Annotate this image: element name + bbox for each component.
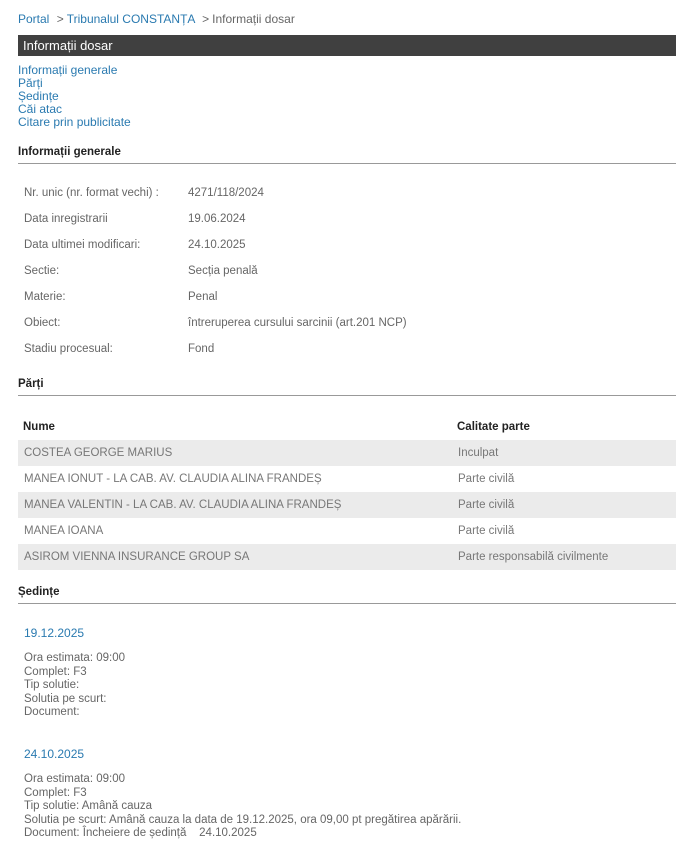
column-header-nume: Nume [18, 414, 452, 440]
breadcrumb-current: Informații dosar [212, 12, 295, 26]
party-role: Parte civilă [452, 492, 676, 518]
info-value: Penal [188, 291, 217, 303]
info-label: Sectie: [24, 265, 188, 277]
sedinta-document: Document: Încheiere de ședință 24.10.202… [24, 827, 461, 841]
table-row: MANEA VALENTIN - LA CAB. AV. CLAUDIA ALI… [18, 492, 676, 518]
info-value: 19.06.2024 [188, 213, 246, 225]
party-name: MANEA IOANA [18, 518, 452, 544]
sedinta-complet: Complet: F3 [24, 787, 461, 801]
party-role: Parte civilă [452, 466, 676, 492]
info-row: Stadiu procesual: Fond [24, 336, 407, 362]
sedinta-entry: 24.10.2025 Ora estimata: 09:00 Complet: … [24, 747, 461, 841]
info-label: Data inregistrarii [24, 213, 188, 225]
table-row: ASIROM VIENNA INSURANCE GROUP SA Parte r… [18, 544, 676, 570]
section-heading-general: Informații generale [18, 146, 676, 164]
table-row: COSTEA GEORGE MARIUS Inculpat [18, 440, 676, 466]
info-row: Sectie: Secția penală [24, 258, 407, 284]
info-label: Obiect: [24, 317, 188, 329]
parti-table: Nume Calitate parte COSTEA GEORGE MARIUS… [18, 414, 676, 570]
info-value: 24.10.2025 [188, 239, 246, 251]
sedinta-tip-solutie: Tip solutie: Amână cauza [24, 800, 461, 814]
info-value: Secția penală [188, 265, 258, 277]
sedinta-ora: Ora estimata: 09:00 [24, 652, 125, 666]
table-row: MANEA IONUT - LA CAB. AV. CLAUDIA ALINA … [18, 466, 676, 492]
info-row: Materie: Penal [24, 284, 407, 310]
info-value: întreruperea cursului sarcinii (art.201 … [188, 317, 407, 329]
breadcrumb-portal[interactable]: Portal [18, 12, 49, 26]
table-header-row: Nume Calitate parte [18, 414, 676, 440]
info-row: Data ultimei modificari: 24.10.2025 [24, 232, 407, 258]
info-label: Data ultimei modificari: [24, 239, 188, 251]
party-role: Parte civilă [452, 518, 676, 544]
sedinta-solutie: Solutia pe scurt: [24, 693, 125, 707]
section-heading-sedinte: Ședințe [18, 586, 676, 604]
info-label: Materie: [24, 291, 188, 303]
sedinta-document: Document: [24, 706, 125, 720]
party-name: MANEA IONUT - LA CAB. AV. CLAUDIA ALINA … [18, 466, 452, 492]
breadcrumb-tribunal[interactable]: Tribunalul CONSTANȚA [67, 12, 195, 26]
info-value: Fond [188, 343, 214, 355]
info-row: Data inregistrarii 19.06.2024 [24, 206, 407, 232]
party-name: ASIROM VIENNA INSURANCE GROUP SA [18, 544, 452, 570]
party-name: MANEA VALENTIN - LA CAB. AV. CLAUDIA ALI… [18, 492, 452, 518]
sedinta-solutie: Solutia pe scurt: Amână cauza la data de… [24, 814, 461, 828]
column-header-calitate: Calitate parte [452, 414, 676, 440]
party-role: Inculpat [452, 440, 676, 466]
info-row: Obiect: întreruperea cursului sarcinii (… [24, 310, 407, 336]
sedinta-ora: Ora estimata: 09:00 [24, 773, 461, 787]
info-label: Stadiu procesual: [24, 343, 188, 355]
page-title: Informații dosar [18, 35, 676, 56]
breadcrumb: Portal >Tribunalul CONSTANȚA >Informații… [18, 12, 295, 26]
table-row: MANEA IOANA Parte civilă [18, 518, 676, 544]
sedinta-date: 19.12.2025 [24, 626, 125, 640]
info-value: 4271/118/2024 [188, 187, 264, 199]
general-info-table: Nr. unic (nr. format vechi) : 4271/118/2… [24, 180, 407, 362]
info-label: Nr. unic (nr. format vechi) : [24, 187, 188, 199]
sedinta-complet: Complet: F3 [24, 666, 125, 680]
party-name: COSTEA GEORGE MARIUS [18, 440, 452, 466]
sedinta-tip-solutie: Tip solutie: [24, 679, 125, 693]
breadcrumb-separator: > [202, 12, 209, 26]
sedinta-entry: 19.12.2025 Ora estimata: 09:00 Complet: … [24, 626, 125, 720]
nav-link-citare-publicitate[interactable]: Citare prin publicitate [18, 116, 131, 129]
section-nav: Informații generale Părți Ședințe Căi at… [18, 64, 131, 129]
section-heading-parti: Părți [18, 378, 676, 396]
breadcrumb-separator: > [57, 12, 64, 26]
info-row: Nr. unic (nr. format vechi) : 4271/118/2… [24, 180, 407, 206]
sedinta-date: 24.10.2025 [24, 747, 461, 761]
party-role: Parte responsabilă civilmente [452, 544, 676, 570]
